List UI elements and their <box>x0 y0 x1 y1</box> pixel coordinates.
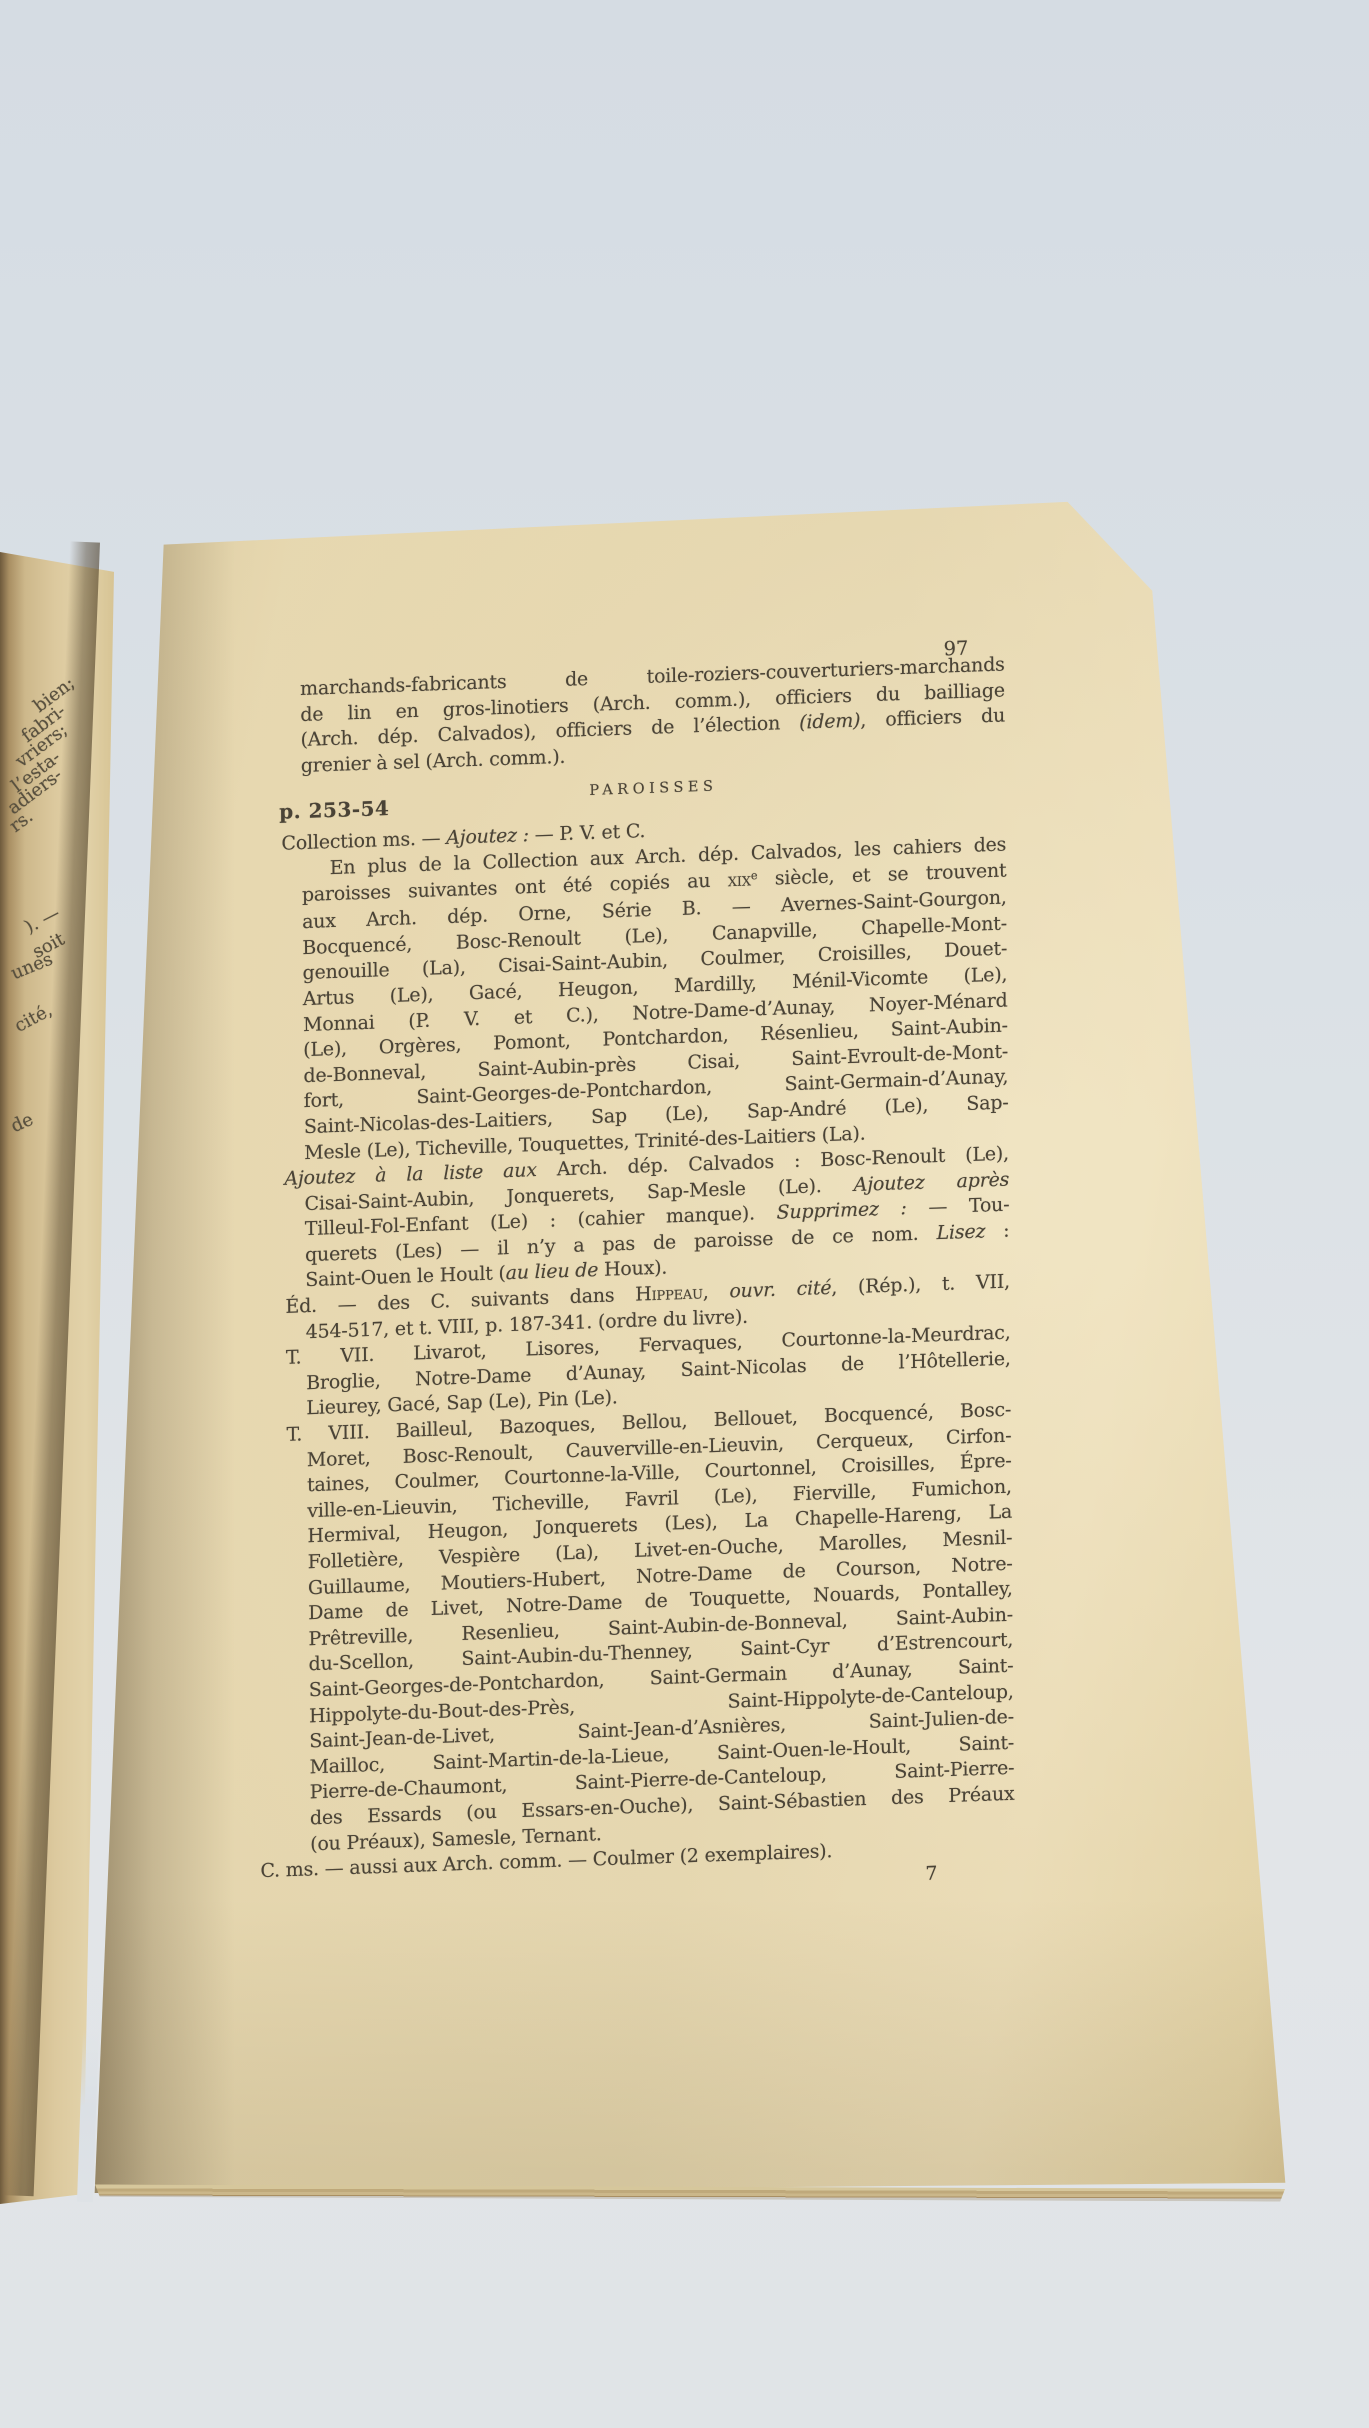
section-heading: PAROISSES <box>589 779 717 799</box>
main-page: 97 marchands-fabricantsdetoile-roziers-c… <box>85 495 1295 2205</box>
left-page-fragment: unes <box>8 949 56 985</box>
photo-background: { "colors":{ "background":"#dbe1e6", "pa… <box>0 0 1369 2428</box>
left-page-fragment: de <box>8 1109 37 1137</box>
paragraph: AjoutezàlalisteauxArch.dép.Calvados:Bosc… <box>304 1142 1010 1295</box>
left-page-fragment: cité, <box>11 1000 56 1037</box>
paragraph: EnplusdelaCollectionauxArch.dép.Calvados… <box>302 832 1009 1166</box>
page-bottom-stack <box>95 2184 1285 2201</box>
paragraph: T.VIII.Bailleul,Bazoques,Bellou,Bellouet… <box>307 1398 1015 1858</box>
text-block: marchands-fabricantsdetoile-roziers-couv… <box>300 652 1015 1908</box>
margin-label: p. 253-54 <box>279 796 389 825</box>
